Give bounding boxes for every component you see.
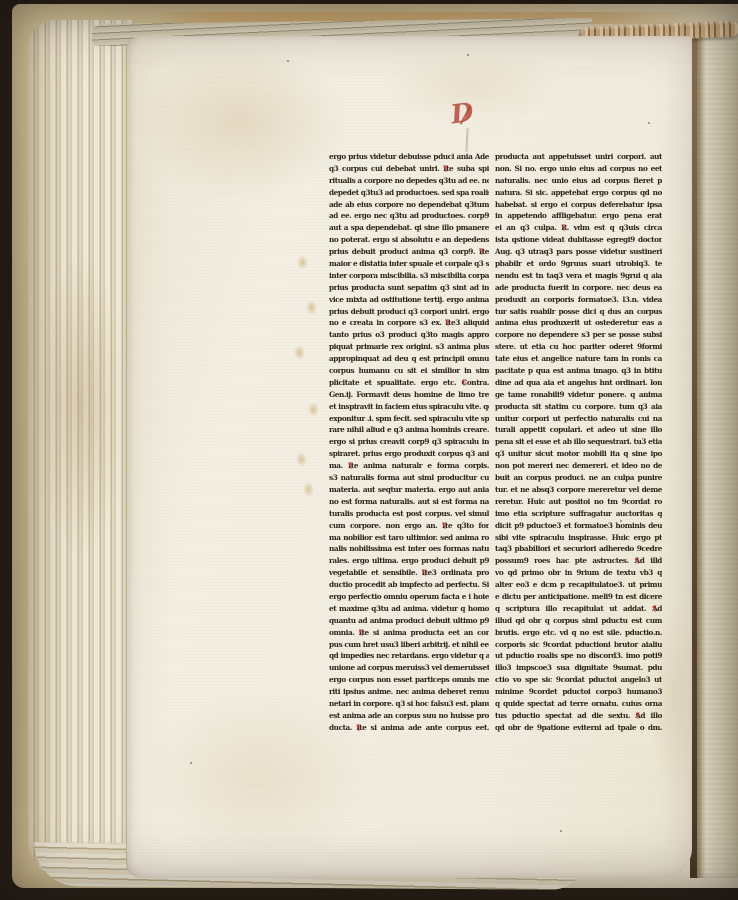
text-line: naturalis. nec unio eius ad corpus fiere…: [495, 175, 662, 187]
ink-speck: [190, 762, 192, 764]
text-line: prius debuit produci anima q3 corp9. ¶ I…: [329, 246, 489, 258]
ink-speck: [648, 122, 650, 124]
text-line: omnia. ¶ Ite si anima producta eet an co…: [329, 627, 489, 639]
text-line: qd obr de 9patione eviterni ad tpale o d…: [495, 722, 662, 734]
text-line: maior e distatia inter spuale et corpale…: [329, 258, 489, 270]
text-line: riti ipsius anime. nec anima deberet rem…: [329, 686, 489, 698]
pilcrow-mark: ¶: [461, 377, 465, 389]
pilcrow-mark: ¶: [445, 317, 449, 329]
text-line: s3 naturalis forma aut siml producitur c…: [329, 472, 489, 484]
page-edges-left: [28, 20, 134, 878]
text-line: vice mixta ad ostitutione tertij. ergo a…: [329, 294, 489, 306]
pilcrow-mark: ¶: [348, 460, 352, 472]
text-line: tate eius et angelice nature tam in roni…: [495, 353, 662, 365]
page-stain: [135, 45, 350, 200]
text-line: no e creata in corpore s3 ex. ¶ Ite3 ali…: [329, 317, 489, 329]
foxing-spot: [296, 452, 307, 467]
text-line: ma nobilior est taro ultimior. sed anima…: [329, 532, 489, 544]
pilcrow-mark: ¶: [359, 627, 363, 639]
text-line: producta aut appetuisset uniri corpori. …: [495, 151, 662, 163]
text-line: alter eo3 e dcm p recapitulatoe3. ut pri…: [495, 579, 662, 591]
text-line: corpus humanu cu sit ei similior in sim: [329, 365, 489, 377]
text-column-right: producta aut appetuisset uniri corpori. …: [495, 151, 662, 734]
text-line: et inspiravit in faciem eius spiraculu v…: [329, 401, 489, 413]
book-photo: D ergo prius videtur debuisse pduci ania…: [0, 0, 738, 900]
text-line: piquat primarie rex origini. s3 anima pl…: [329, 341, 489, 353]
text-line: exponitur .i. spm fecit. sed spiraculu v…: [329, 413, 489, 425]
text-line: Gen.ij. Formavit deus homine de limo tre: [329, 389, 489, 401]
text-line: buit an corpus produci. ne an culpa puni…: [495, 472, 662, 484]
text-line: corporis sic 9cordat pductioni brutor ai…: [495, 639, 662, 651]
text-line: possum9 roes hac pte astructes. ¶ Ad ill…: [495, 555, 662, 567]
text-line: vegetabile et sensibile. ¶ Ite3 ordinata…: [329, 567, 489, 579]
text-line: produxit an corporis formatoe3. l3.n. vi…: [495, 294, 662, 306]
text-line: ergo perfectio omniu operum facta e i ho…: [329, 591, 489, 603]
text-line: et maxime q3tu ad anima. videtur q homo: [329, 603, 489, 615]
text-line: materia. aut seqtur materia. ergo aut an…: [329, 484, 489, 496]
text-line: ctio vo spe sic 9cordat pductoi angelo3 …: [495, 674, 662, 686]
ink-speck: [287, 60, 289, 62]
text-line: ergo corpus non esset particeps omnis me: [329, 674, 489, 686]
text-line: netari in corpore. q3 si hoc falsu3 est.…: [329, 698, 489, 710]
text-line: ad ee. ergo nec q3tu ad productoes. corp…: [329, 210, 489, 222]
text-line: est anima ade an corpus suu no huisse pr…: [329, 710, 489, 722]
text-line: qd impedies nec retardans. ergo videtur …: [329, 650, 489, 662]
text-line: turali appetit copulari. et adeo ut sine…: [495, 424, 662, 436]
text-line: ergo si prius creavit corp9 q3 spiraculu…: [329, 436, 489, 448]
text-line: pbabilr et ordo 9gruus suari utrobiq3. t…: [495, 258, 662, 270]
text-line: appropinquat ad deu q est principii omnu: [329, 353, 489, 365]
text-line: ergo prius videtur debuisse pduci ania A…: [329, 151, 489, 163]
text-line: ista qstione videat dubitasse egregi9 do…: [495, 234, 662, 246]
text-line: pus cum hret usu3 liberi arbitrij. et ni…: [329, 639, 489, 651]
text-line: ade ab eius corpore no dependebat q3tum: [329, 199, 489, 211]
text-line: sibi vite spiraculu inspirasse. Huic erg…: [495, 532, 662, 544]
text-line: spiraret. prius ergo produxit corpus q3 …: [329, 448, 489, 460]
pilcrow-mark: ¶: [479, 246, 483, 258]
text-line: unione ad corpus meruiss3 vel demeruisse…: [329, 662, 489, 674]
pilcrow-mark: ¶: [442, 520, 446, 532]
text-line: rales. ergo ultima. ergo produci debuit …: [329, 555, 489, 567]
text-line: ade producta fuerit in corpore. nec deus…: [495, 282, 662, 294]
text-line: non. Si no. ergo unio eius ad corpus no …: [495, 163, 662, 175]
text-line: q scriptura illo recapitulat ut addat. ¶…: [495, 603, 662, 615]
foxing-spot: [294, 345, 305, 360]
text-line: prius debuit produci q3 corpori uniri. e…: [329, 306, 489, 318]
text-line: cum corpore. non ergo an. ¶ Ite q3to for: [329, 520, 489, 532]
text-line: ductio procedit ab impfecto ad perfectu.…: [329, 579, 489, 591]
text-line: non pot mereri nec demereri. et ideo no …: [495, 460, 662, 472]
text-line: nendu est tn taq3 vera et magis 9grui q …: [495, 270, 662, 282]
text-line: unitur corpori ut perfectio naturalis cu…: [495, 413, 662, 425]
text-line: aut a spa dependebat. qi sine illo pmane…: [329, 222, 489, 234]
text-line: ge tame ronabili9 videtur ponere. q anim…: [495, 389, 662, 401]
text-line: e dictu per anticipatione. meli9 tn est …: [495, 591, 662, 603]
text-line: anima eius produxerit ut ostederetur eas…: [495, 317, 662, 329]
text-line: imo etia scripture suffragatur auctorita…: [495, 508, 662, 520]
foxing-spot: [303, 482, 314, 497]
text-line: ritualis a corpore no depedes q3tu ad ee…: [329, 175, 489, 187]
foxing-spot: [306, 300, 317, 315]
text-line: depedet q3tu3 ad productoes. sed spa roa…: [329, 187, 489, 199]
text-line: minime 9cordet pductoi corpo3 humano3: [495, 686, 662, 698]
text-line: ut pductio roalis spe no discord3. imo p…: [495, 650, 662, 662]
text-line: reretur. Huic aut positoi no tm 9cordat …: [495, 496, 662, 508]
text-line: q3 corpus cui debebat uniri. ¶ Ite suba …: [329, 163, 489, 175]
text-line: quantu ad anima produci debuit ultimo p9: [329, 615, 489, 627]
pilcrow-mark: ¶: [635, 555, 639, 567]
pilcrow-mark: ¶: [422, 567, 426, 579]
text-line: q3 unitur sicut motor mobili ita q sine …: [495, 448, 662, 460]
ink-speck: [560, 830, 562, 832]
text-line: taq3 pbabiliori et securiori adheredo 9c…: [495, 543, 662, 555]
text-line: no poterat. ergo si absolutu e an depede…: [329, 234, 489, 246]
text-column-left: ergo prius videtur debuisse pduci ania A…: [329, 151, 489, 734]
text-line: nalis nobilissima est inter oes formas n…: [329, 543, 489, 555]
text-line: inter corpora miscibilia. s3 miscibilia …: [329, 270, 489, 282]
text-line: dine ad qua aia et angelus hnt ordinari.…: [495, 377, 662, 389]
text-line: tur. et ne absq3 corpore mereretur vel d…: [495, 484, 662, 496]
facing-page-edge: [697, 28, 738, 878]
text-line: q quide spectat ad terre ornatu. cuius o…: [495, 698, 662, 710]
text-line: Aug. q3 utraq3 pars posse videtur sustin…: [495, 246, 662, 258]
folio-mark-letter: D: [449, 96, 476, 133]
text-line: tanto prius o3 produci q3to magis appro: [329, 329, 489, 341]
text-line: no est forma naturalis. aut si est forma…: [329, 496, 489, 508]
text-line: stere. ut etia cu hoc pariter oderet 9fo…: [495, 341, 662, 353]
text-line: dicit p9 pductoe3 et formatoe3 hominis d…: [495, 520, 662, 532]
text-line: brutis. ergo etc. vd q no est sile. pduc…: [495, 627, 662, 639]
text-line: producta sit statim cu corpore. tum q3 a…: [495, 401, 662, 413]
pilcrow-mark: ¶: [443, 163, 447, 175]
text-line: illud qd obr q corpus siml pductu est cu…: [495, 615, 662, 627]
text-line: rare nihil aliud e q3 anima hominis crea…: [329, 424, 489, 436]
pilcrow-mark: ¶: [561, 222, 565, 234]
text-line: ma. ¶ Ite anima naturalr e forma corpis.: [329, 460, 489, 472]
text-line: plicitate et spualitate. ergo etc. ¶ Con…: [329, 377, 489, 389]
text-line: illo3 impscoe3 sua dignitate 9sumat. pdu: [495, 662, 662, 674]
text-line: ducta. ¶ Ite si anima ade ante corpus ee…: [329, 722, 489, 734]
text-line: corpore no dependere s3 per se posse sub…: [495, 329, 662, 341]
text-line: vo qd primo obr in 9rium de textu vb3 q: [495, 567, 662, 579]
pilcrow-mark: ¶: [356, 722, 360, 734]
ink-speck: [467, 54, 469, 56]
text-line: in appetendo affligebatur. ergo pena era…: [495, 210, 662, 222]
text-line: habebat. si ergo ei corpus deferebatur i…: [495, 199, 662, 211]
text-line: pena sit ei esse et ab illo sequestrari.…: [495, 436, 662, 448]
text-line: turalis producta est post corpus. vel si…: [329, 508, 489, 520]
text-line: tus pductio spectat ad die sextu. ¶ Ad i…: [495, 710, 662, 722]
text-line: natura. Si sic. appetebat ergo corpus qd…: [495, 187, 662, 199]
text-line: tur satis roabilr posse dici q dus an co…: [495, 306, 662, 318]
text-line: prius producta sunt sepatim q3 sint ad i…: [329, 282, 489, 294]
foxing-spot: [308, 402, 319, 417]
text-line: ei an q3 culpa. ¶ R. vdm est q q3uis cir…: [495, 222, 662, 234]
foxing-spot: [297, 255, 308, 270]
pilcrow-mark: ¶: [652, 603, 656, 615]
text-line: pacitate p qua est anima imago. q3 in bt…: [495, 365, 662, 377]
pilcrow-mark: ¶: [635, 710, 639, 722]
